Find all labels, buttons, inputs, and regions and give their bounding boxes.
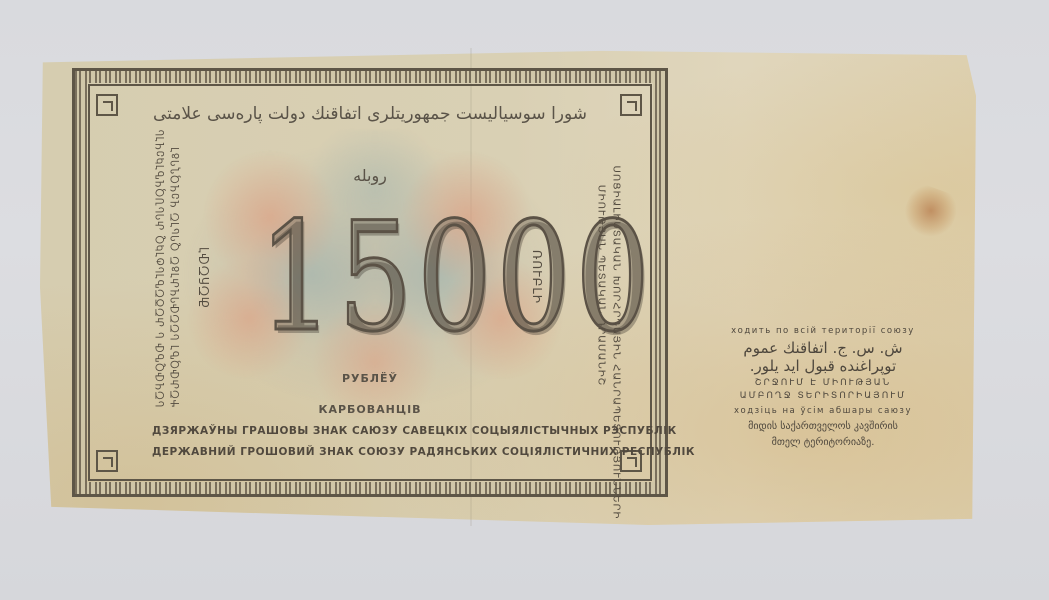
corner-ornament-bottom-left (96, 450, 118, 472)
corner-ornament-top-right (620, 94, 642, 116)
panel-ukrainian: ходить по всій території союзу (728, 326, 918, 336)
panel-armenian-2: ԱՄԲՈՂՋ ՏԵՐԻՏՈՐԻԱՅՈՒՄ (728, 391, 918, 401)
persian-unit: روبله (330, 166, 410, 185)
word-karbovantsiv: КАРБОВАНЦІВ (270, 403, 470, 416)
panel-armenian-1: ՇՐՋՈՒՄ Է ՄԻՈՒԹՅԱՆ (728, 378, 918, 388)
ukrainian-legend: ДЕРЖАВНИЙ ГРОШОВИЙ ЗНАК СОЮЗУ РАДЯНСЬКИХ… (152, 446, 592, 458)
corner-ornament-top-left (96, 94, 118, 116)
word-rubleu: РУБЛЁЎ (270, 372, 470, 385)
panel-georgian-2: მთელ ტერიტორიაზე. (728, 437, 918, 448)
right-text-panel: ходить по всій території союзу ش. س. ج. … (728, 326, 918, 448)
armenian-unit-vertical: ՌՈՒԲԼԻ (530, 222, 544, 332)
panel-persian-1: ش. س. ج. اتفاقنك عموم (728, 339, 918, 357)
left-vertical-text-2: ႵႠႰႧႳႪႨ ႱႠႠႧႤႡႰႨᲒႠ ႭႤᲡႨႠ ႡᲔႡႳႢႤᲒႨ (168, 167, 182, 407)
georgian-unit-vertical: ႫႠႬႠႧႨ (198, 222, 212, 332)
right-vertical-text-1: ՍՈՑԻԱԼԻՍՏԱԿԱՆ ԽՈՐՀՐԴԱՅԻՆ ՀԱՆՐԱՊԵՏՈՒԹՅՈՒՆ… (611, 166, 622, 406)
panel-belarusian: ходзіць на ўсім абшары саюзу (728, 406, 918, 416)
panel-persian-2: توپراغنده قبول ايد يلور. (728, 357, 918, 375)
belarusian-legend: ДЗЯРЖАЎНЫ ГРАШОВЫ ЗНАК САЮЗУ САВЕЦКІХ СО… (152, 425, 592, 437)
right-vertical-text-2: ՄԻՈՒԹՅԱՆ ՊԵՏԱԿԱՆ ԴՐԱՄԱՆԻՇ (596, 166, 607, 406)
denomination: 15000 (259, 198, 493, 358)
persian-title: شورا سوسیالیست جمهوریتلری اتفاقنك دولت پ… (150, 104, 590, 124)
panel-georgian-1: მიდის საქართველოს კავშირის (728, 421, 918, 432)
left-vertical-text-1: ႱႠႡႧႭႪႧ Ⴑ ႰႠႣႠႪႨႱᲢႨႩႭ ႰႤႱႮႳႡႪႨႩᲔႡႨႱ (153, 167, 167, 407)
